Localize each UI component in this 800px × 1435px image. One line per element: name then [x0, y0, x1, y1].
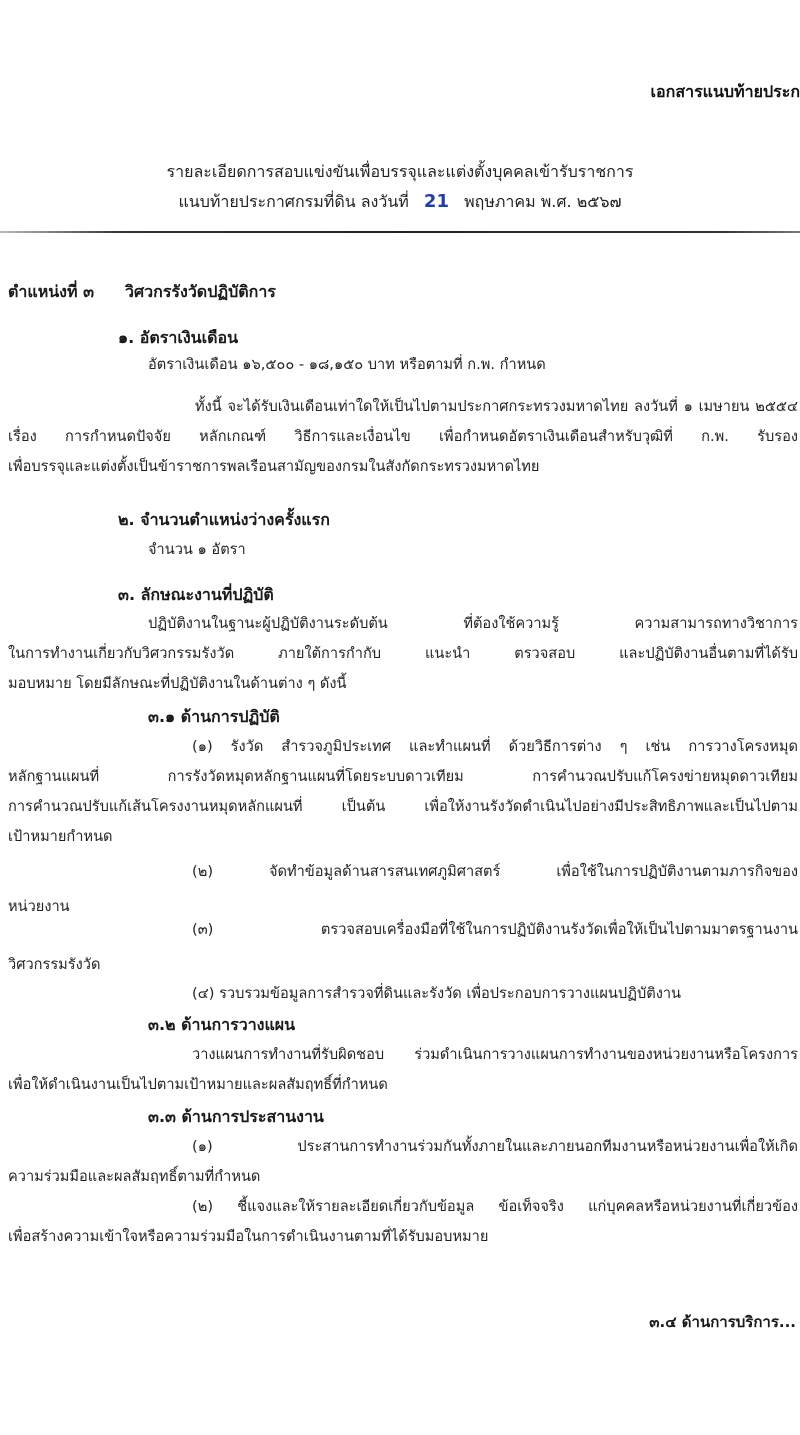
operations-item-1-line: เป้าหมายกำหนด	[8, 825, 798, 848]
coordination-heading: ๓.๓ ด้านการประสานงาน	[148, 1105, 324, 1130]
announcement-day: 21	[424, 191, 449, 212]
vacancy-heading: ๒. จำนวนตำแหน่งว่างครั้งแรก	[118, 508, 330, 533]
planning-line: วางแผนการทำงานที่รับผิดชอบ ร่วมดำเนินการ…	[192, 1043, 798, 1066]
operations-item-2-line: (๒) จัดทำข้อมูลด้านสารสนเทศภูมิศาสตร์ เพ…	[192, 860, 798, 883]
vacancy-count: จำนวน ๑ อัตรา	[148, 538, 246, 561]
salary-note-line: ทั้งนี้ จะได้รับเงินเดือนเท่าใดให้เป็นไป…	[195, 395, 798, 418]
document-title: รายละเอียดการสอบแข่งขันเพื่อบรรจุและแต่ง…	[0, 160, 800, 185]
coordination-item-2-line: (๒) ชี้แจงและให้รายละเอียดเกี่ยวกับข้อมู…	[192, 1195, 798, 1218]
operations-item-3-line: วิศวกรรมรังวัด	[8, 953, 798, 976]
document-reference-header: เอกสารแนบท้ายประก	[651, 80, 800, 105]
divider-line	[0, 231, 800, 233]
salary-note-line: เรื่อง การกำหนดปัจจัย หลักเกณฑ์ วิธีการแ…	[8, 425, 798, 448]
salary-heading: ๑. อัตราเงินเดือน	[118, 326, 238, 351]
operations-item-1-line: หลักฐานแผนที่ การรังวัดหมุดหลักฐานแผนที่…	[8, 765, 798, 788]
operations-item-4: (๔) รวบรวมข้อมูลการสำรวจที่ดินและรังวัด …	[192, 982, 681, 1005]
duties-heading: ๓. ลักษณะงานที่ปฏิบัติ	[118, 583, 274, 608]
duties-intro-line: ปฏิบัติงานในฐานะผู้ปฏิบัติงานระดับต้น ที…	[148, 612, 798, 635]
announcement-month-year: พฤษภาคม พ.ศ. ๒๕๖๗	[464, 192, 621, 211]
duties-intro-line: ในการทำงานเกี่ยวกับวิศวกรรมรังวัด ภายใต้…	[8, 642, 798, 665]
operations-item-2-line: หน่วยงาน	[8, 895, 798, 918]
continuation-marker: ๓.๔ ด้านการบริการ...	[649, 1310, 796, 1334]
coordination-item-2-line: เพื่อสร้างความเข้าใจหรือความร่วมมือในการ…	[8, 1225, 798, 1248]
document-subtitle: แนบท้ายประกาศกรมที่ดิน ลงวันที่ 21 พฤษภา…	[0, 190, 800, 215]
duties-intro-line: มอบหมาย โดยมีลักษณะที่ปฏิบัติงานในด้านต่…	[8, 672, 798, 695]
position-label: ตำแหน่งที่ ๓	[8, 280, 94, 305]
announcement-ref: แนบท้ายประกาศกรมที่ดิน ลงวันที่	[178, 192, 408, 211]
coordination-item-1-line: (๑) ประสานการทำงานร่วมกันทั้งภายในและภาย…	[192, 1135, 798, 1158]
operations-item-3-line: (๓) ตรวจสอบเครื่องมือที่ใช้ในการปฏิบัติง…	[192, 918, 798, 941]
operations-item-1-line: (๑) รังวัด สำรวจภูมิประเทศ และทำแผนที่ ด…	[192, 735, 798, 758]
coordination-item-1-line: ความร่วมมือและผลสัมฤทธิ์ตามที่กำหนด	[8, 1165, 798, 1188]
operations-heading: ๓.๑ ด้านการปฏิบัติ	[148, 705, 280, 730]
planning-line: เพื่อให้ดำเนินงานเป็นไปตามเป้าหมายและผลส…	[8, 1073, 798, 1096]
salary-note-line: เพื่อบรรจุและแต่งตั้งเป็นข้าราชการพลเรือ…	[8, 455, 798, 478]
operations-item-1-line: การคำนวณปรับแก้เส้นโครงงานหมุดหลักแผนที่…	[8, 795, 798, 818]
position-name: วิศวกรรังวัดปฏิบัติการ	[125, 280, 276, 305]
planning-heading: ๓.๒ ด้านการวางแผน	[148, 1013, 295, 1038]
salary-rate: อัตราเงินเดือน ๑๖,๕๐๐ - ๑๘,๑๕๐ บาท หรือต…	[148, 353, 546, 376]
